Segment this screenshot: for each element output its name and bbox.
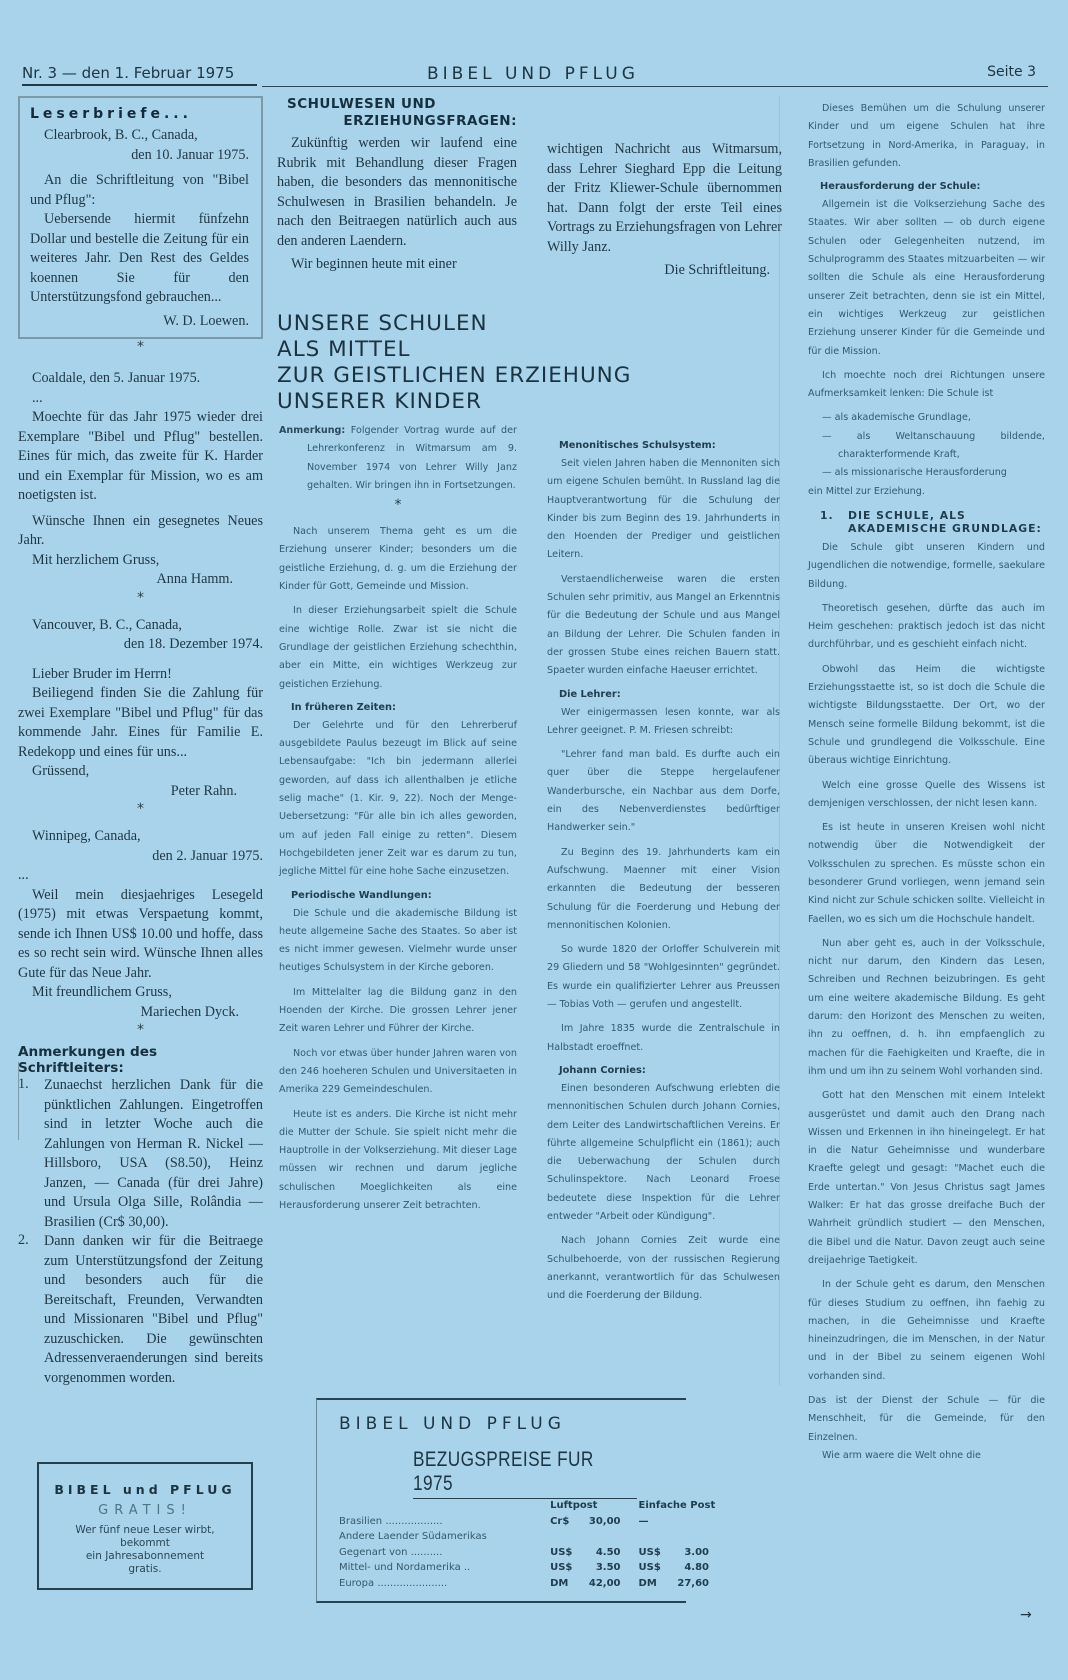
- ad-brand: BIBEL UND PFLUG: [339, 1414, 686, 1434]
- ad-line: bekommt: [39, 1537, 251, 1550]
- editor-signature: Die Schriftleitung.: [547, 261, 782, 281]
- price-cell-surf-cur: US$: [639, 1545, 675, 1561]
- masthead: BIBEL UND PFLUG: [427, 64, 639, 84]
- paragraph: Es ist heute in unseren Kreisen wohl nic…: [808, 819, 1045, 929]
- gratis-ad: BIBEL und PFLUG GRATIS! Wer fünf neue Le…: [37, 1462, 253, 1590]
- letter-signature: Mariechen Dyck.: [18, 1003, 263, 1023]
- price-cell-surf-amt: 27,60: [675, 1576, 727, 1592]
- separator-star: *: [18, 801, 263, 817]
- paragraph: Im Jahre 1835 wurde die Zentralschule in…: [547, 1020, 780, 1057]
- editor-note: 1. Zunaechst herzlichen Dank für die pün…: [18, 1076, 263, 1232]
- price-row: Andere Laender Südamerikas: [339, 1529, 727, 1545]
- intro-paragraph: Zukünftig werden wir laufend eine Rubrik…: [277, 134, 517, 251]
- paragraph: Noch vor etwas über hunder Jahren waren …: [279, 1045, 517, 1100]
- letter-body: Beiliegend finden Sie die Zahlung für zw…: [18, 684, 263, 762]
- article-note: Anmerkung: Folgender Vortrag wurde auf d…: [279, 422, 517, 495]
- letter-salutation: Lieber Bruder im Herrn!: [18, 665, 263, 685]
- ad-body: Wer fünf neue Leser wirbt, bekommt ein J…: [39, 1524, 251, 1576]
- header-rule: [262, 86, 1048, 87]
- subheading-number: 1.: [820, 509, 848, 535]
- title-line: ZUR GEISTLICHEN ERZIEHUNG: [277, 363, 631, 389]
- paragraph: Dieses Bemühen um die Schulung unserer K…: [808, 100, 1045, 173]
- paragraph: Einen besonderen Aufschwung erlebten die…: [547, 1080, 780, 1226]
- subheading: Die Lehrer:: [547, 689, 780, 700]
- separator-star: *: [18, 1022, 263, 1038]
- paragraph: In dieser Erziehungsarbeit spielt die Sc…: [279, 602, 517, 693]
- letter-salutation: An die Schriftleitung von "Bibel und Pfl…: [30, 171, 249, 210]
- article-body: Menonitisches Schulsystem:Seit vielen Ja…: [547, 440, 780, 1305]
- price-cell-region: Mittel- und Nordamerika ..: [339, 1560, 550, 1576]
- letter-signature: Anna Hamm.: [18, 570, 263, 590]
- col-header: Luftpost: [550, 1498, 638, 1514]
- letter-place: Clearbrook, B. C., Canada,: [30, 126, 249, 146]
- paragraph: Gott hat den Menschen mit einem Intelekt…: [808, 1087, 1045, 1270]
- letters-column: Leserbriefe... Clearbrook, B. C., Canada…: [18, 96, 263, 1388]
- letter-date: den 18. Dezember 1974.: [18, 635, 263, 655]
- paragraph: Die Schule gibt unseren Kindern und Juge…: [808, 539, 1045, 594]
- paragraph: Ich moechte noch drei Richtungen unsere …: [808, 367, 1045, 404]
- subscription-prices-ad: BIBEL UND PFLUG BEZUGSPREISE FUR 1975 Lu…: [316, 1398, 686, 1603]
- article-column-4: Dieses Bemühen um die Schulung unserer K…: [808, 100, 1045, 1471]
- paragraph: In der Schule geht es darum, den Mensche…: [808, 1276, 1045, 1386]
- subheading: Menonitisches Schulsystem:: [547, 440, 780, 451]
- letter-place: Winnipeg, Canada,: [18, 827, 263, 847]
- editor-note: 2. Dann danken wir für die Beitraege zum…: [18, 1232, 263, 1388]
- ad-brand: BIBEL und PFLUG: [39, 1482, 251, 1497]
- paragraph: Zu Beginn des 19. Jahrhunderts kam ein A…: [547, 844, 780, 935]
- ad-line: ein Jahresabonnement: [39, 1550, 251, 1563]
- numbered-subheading: 1.DIE SCHULE, ALS AKADEMISCHE GRUNDLAGE:: [808, 509, 1045, 535]
- letter-body: Weil mein diesjaehriges Lesegeld (1975) …: [18, 886, 263, 984]
- ad-line: gratis.: [39, 1563, 251, 1576]
- note-text: Zunaechst herzlichen Dank für die pünktl…: [44, 1076, 263, 1232]
- title-line: UNSERE SCHULEN: [277, 311, 631, 337]
- price-cell-air-cur: [550, 1529, 586, 1545]
- heading-line: ERZIEHUNGSFRAGEN:: [277, 113, 517, 130]
- letter-date: den 2. Januar 1975.: [18, 847, 263, 867]
- price-cell-air-cur: DM: [550, 1576, 586, 1592]
- price-cell-air-amt: 4.50: [586, 1545, 638, 1561]
- note-label: Anmerkung:: [279, 425, 345, 436]
- letter-2: Coaldale, den 5. Januar 1975. ... Moecht…: [18, 369, 263, 590]
- paragraph: Das ist der Dienst der Schule — für die …: [808, 1392, 1045, 1447]
- paragraph: ein Mittel zur Erziehung.: [808, 483, 1045, 501]
- letter-signature: W. D. Loewen.: [30, 312, 249, 332]
- price-cell-air-amt: 3.50: [586, 1560, 638, 1576]
- separator-star: *: [18, 339, 263, 355]
- title-line: UNSERER KINDER: [277, 389, 631, 415]
- article-body: Nach unserem Thema geht es um die Erzieh…: [279, 523, 517, 1215]
- subheading: Periodische Wandlungen:: [279, 890, 517, 901]
- separator-star: *: [279, 497, 517, 513]
- letter-body: Wünsche Ihnen ein gesegnetes Neues Jahr.: [18, 512, 263, 551]
- paragraph: Nach unserem Thema geht es um die Erzieh…: [279, 523, 517, 596]
- col-header: Einfache Post: [639, 1498, 727, 1514]
- column-rule: [18, 1062, 19, 1140]
- paragraph: Nach Johann Cornies Zeit wurde eine Schu…: [547, 1232, 780, 1305]
- paragraph: Verstaendlicherweise waren die ersten Sc…: [547, 571, 780, 681]
- subheading-text: DIE SCHULE, ALS AKADEMISCHE GRUNDLAGE:: [848, 509, 1045, 535]
- ad-headline: GRATIS!: [39, 1503, 251, 1518]
- note-number: 2.: [18, 1232, 44, 1388]
- separator-star: *: [18, 590, 263, 606]
- letter-closing: Mit herzlichem Gruss,: [18, 551, 263, 571]
- intro-paragraph-start: Wir beginnen heute mit einer: [277, 255, 517, 275]
- ad-line: Wer fünf neue Leser wirbt,: [39, 1524, 251, 1537]
- price-cell-surf-amt: 4.80: [675, 1560, 727, 1576]
- paragraph: Heute ist es anders. Die Kirche ist nich…: [279, 1106, 517, 1216]
- price-cell-air-amt: 42,00: [586, 1576, 638, 1592]
- price-table-header: Luftpost Einfache Post: [339, 1498, 727, 1514]
- paragraph: Wie arm waere die Welt ohne die: [808, 1447, 1045, 1465]
- list-item: — als missionarische Herausforderung: [808, 464, 1045, 482]
- price-cell-region: Gegenart von ..........: [339, 1545, 550, 1561]
- letter-3: Vancouver, B. C., Canada, den 18. Dezemb…: [18, 616, 263, 802]
- subheading: Herausforderung der Schule:: [808, 181, 1045, 192]
- letter-date: den 10. Januar 1975.: [30, 146, 249, 166]
- price-row: Europa ......................DM42,00DM27…: [339, 1576, 727, 1592]
- paragraph: Allgemein ist die Volkserziehung Sache d…: [808, 196, 1045, 361]
- col-header: [339, 1498, 550, 1514]
- schulwesen-column: SCHULWESEN UND ERZIEHUNGSFRAGEN: Zukünft…: [277, 96, 517, 275]
- price-row: Gegenart von ..........US$4.50US$3.00: [339, 1545, 727, 1561]
- price-cell-air-cur: US$: [550, 1545, 586, 1561]
- price-row: Brasilien ..................Cr$30,00—: [339, 1514, 727, 1530]
- list-item: — als Weltanschauung bildende, charakter…: [808, 428, 1045, 465]
- price-table: Luftpost Einfache Post Brasilien .......…: [339, 1498, 727, 1591]
- price-cell-surf-amt: 3.00: [675, 1545, 727, 1561]
- price-cell-surf-cur: US$: [639, 1560, 675, 1576]
- paragraph: Im Mittelalter lag die Bildung ganz in d…: [279, 984, 517, 1039]
- letter-closing: Mit freundlichem Gruss,: [18, 983, 263, 1003]
- price-cell-surf-amt: [675, 1529, 727, 1545]
- paragraph: Der Gelehrte und für den Lehrerberuf aus…: [279, 717, 517, 882]
- price-cell-air-cur: US$: [550, 1560, 586, 1576]
- heading-line: SCHULWESEN UND: [277, 96, 517, 113]
- price-cell-air-amt: 30,00: [586, 1514, 638, 1530]
- letter-body: Uebersende hiermit fünfzehn Dollar und b…: [30, 210, 249, 308]
- list-item: — als akademische Grundlage,: [808, 409, 1045, 427]
- editor-notes-title: Anmerkungen des Schriftleiters:: [18, 1044, 263, 1076]
- continue-arrow-icon: →: [1020, 1607, 1032, 1623]
- price-cell-region: Brasilien ..................: [339, 1514, 550, 1530]
- title-line: ALS MITTEL: [277, 337, 631, 363]
- letter-salutation: ...: [18, 389, 263, 409]
- paragraph: Die Schule und die akademische Bildung i…: [279, 905, 517, 978]
- paragraph: Welch eine grosse Quelle des Wissens ist…: [808, 777, 1045, 814]
- schulwesen-continuation: wichtigen Nachricht aus Witmarsum, dass …: [547, 140, 782, 281]
- page-header: Nr. 3 — den 1. Februar 1975 BIBEL UND PF…: [22, 64, 1048, 86]
- letter-1-box: Leserbriefe... Clearbrook, B. C., Canada…: [18, 96, 263, 339]
- article-column-3: Menonitisches Schulsystem:Seit vielen Ja…: [547, 432, 780, 1311]
- subheading: In früheren Zeiten:: [279, 702, 517, 713]
- paragraph: Theoretisch gesehen, dürfte das auch im …: [808, 600, 1045, 655]
- price-cell-air-amt: [586, 1529, 638, 1545]
- price-row: Mittel- und Nordamerika ..US$3.50US$4.80: [339, 1560, 727, 1576]
- paragraph: Obwohl das Heim die wichtigste Erziehung…: [808, 661, 1045, 771]
- note-number: 1.: [18, 1076, 44, 1232]
- letter-salutation: ...: [18, 866, 263, 886]
- article-title: UNSERE SCHULEN ALS MITTEL ZUR GEISTLICHE…: [277, 311, 631, 415]
- letter-place: Coaldale, den 5. Januar 1975.: [18, 369, 263, 389]
- subheading: Johann Cornies:: [547, 1065, 780, 1076]
- price-cell-surf-amt: [675, 1514, 727, 1530]
- section-heading: SCHULWESEN UND ERZIEHUNGSFRAGEN:: [277, 96, 517, 130]
- price-cell-surf-cur: —: [639, 1514, 675, 1530]
- paragraph: Seit vielen Jahren haben die Mennoniten …: [547, 455, 780, 565]
- letter-signature: Peter Rahn.: [18, 782, 263, 802]
- letter-4: Winnipeg, Canada, den 2. Januar 1975. ..…: [18, 827, 263, 1022]
- price-cell-region: Andere Laender Südamerikas: [339, 1529, 550, 1545]
- paragraph: Nun aber geht es, auch in der Volksschul…: [808, 935, 1045, 1081]
- page-number: Seite 3: [987, 64, 1036, 80]
- price-cell-region: Europa ......................: [339, 1576, 550, 1592]
- paragraph: "Lehrer fand man bald. Es durfte auch ei…: [547, 746, 780, 837]
- issue-number: Nr. 3 — den 1. Februar 1975: [22, 64, 257, 86]
- price-cell-surf-cur: [639, 1529, 675, 1545]
- price-cell-surf-cur: DM: [639, 1576, 675, 1592]
- intro-paragraph-cont: wichtigen Nachricht aus Witmarsum, dass …: [547, 140, 782, 257]
- paragraph: Wer einigermassen lesen konnte, war als …: [547, 704, 780, 741]
- letter-place: Vancouver, B. C., Canada,: [18, 616, 263, 636]
- letter-closing: Grüssend,: [18, 762, 263, 782]
- article-column-2: Anmerkung: Folgender Vortrag wurde auf d…: [279, 422, 517, 1221]
- letters-title: Leserbriefe...: [30, 106, 249, 122]
- letter-body: Moechte für das Jahr 1975 wieder drei Ex…: [18, 408, 263, 506]
- paragraph: So wurde 1820 der Orloffer Schulverein m…: [547, 941, 780, 1014]
- note-text: Dann danken wir für die Beitraege zum Un…: [44, 1232, 263, 1388]
- article-body: Dieses Bemühen um die Schulung unserer K…: [808, 100, 1045, 1465]
- column-rule: [779, 96, 780, 1386]
- ad-title: BEZUGSPREISE FUR 1975: [413, 1448, 637, 1499]
- newspaper-page: Nr. 3 — den 1. Februar 1975 BIBEL UND PF…: [0, 0, 1068, 1680]
- price-cell-air-cur: Cr$: [550, 1514, 586, 1530]
